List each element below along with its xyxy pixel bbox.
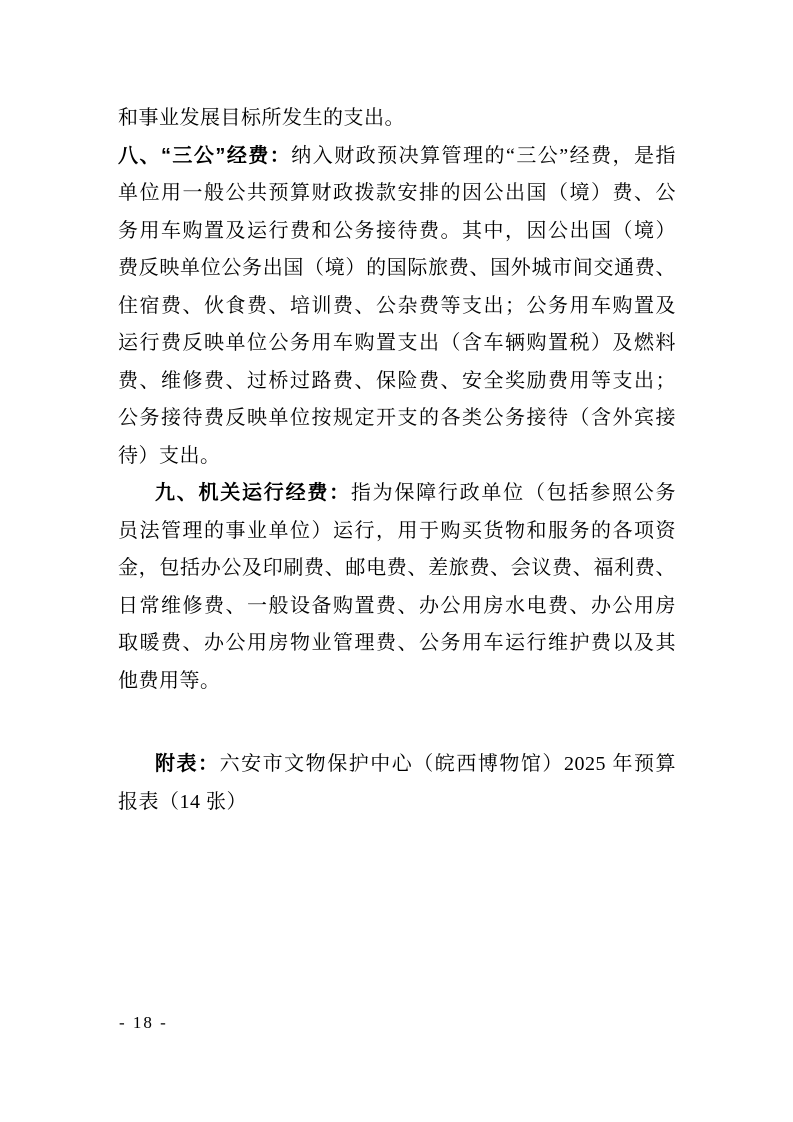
text-line: 八、“三公”经费：纳入财政预决算管理的“三公”经费，是指 [118,138,676,176]
text-line: 和事业发展目标所发生的支出。 [118,100,676,138]
text-line: 日常维修费、一般设备购置费、办公用房水电费、办公用房 [118,588,676,626]
para-fubiao-attachment: 附表：六安市文物保护中心（皖西博物馆）2025 年预算报表（14 张） [118,746,676,821]
text-line: 公务接待费反映单位按规定开支的各类公务接待（含外宾接 [118,400,676,438]
text-line: 金，包括办公及印刷费、邮电费、差旅费、会议费、福利费、 [118,550,676,588]
text-line: 报表（14 张） [118,784,676,822]
text-line: 员法管理的事业单位）运行，用于购买货物和服务的各项资 [118,513,676,551]
text-line: 单位用一般公共预算财政拨款安排的因公出国（境）费、公 [118,175,676,213]
document-page: 和事业发展目标所发生的支出。八、“三公”经费：纳入财政预决算管理的“三公”经费，… [0,0,793,1122]
text-line: 附表：六安市文物保护中心（皖西博物馆）2025 年预算 [118,746,676,784]
text-line: 务用车购置及运行费和公务接待费。其中，因公出国（境） [118,213,676,251]
text-line: 九、机关运行经费：指为保障行政单位（包括参照公务 [118,475,676,513]
text-line: 取暖费、办公用房物业管理费、公务用车运行维护费以及其 [118,625,676,663]
text-line: 费、维修费、过桥过路费、保险费、安全奖励费用等支出； [118,363,676,401]
text-line: 费反映单位公务出国（境）的国际旅费、国外城市间交通费、 [118,250,676,288]
page-number: - 18 - [119,1013,168,1033]
para-9-jiguan-yunxing-jingfei: 九、机关运行经费：指为保障行政单位（包括参照公务员法管理的事业单位）运行，用于购… [118,475,676,700]
paragraph-heading: 九、机关运行经费： [155,482,351,504]
text-line: 待）支出。 [118,438,676,476]
text-line: 运行费反映单位公务用车购置支出（含车辆购置税）及燃料 [118,325,676,363]
text-line: 住宿费、伙食费、培训费、公杂费等支出；公务用车购置及 [118,288,676,326]
paragraph-heading: 八、“三公”经费： [118,145,291,167]
text-line: 他费用等。 [118,663,676,701]
para-8-sangong-jingfei: 八、“三公”经费：纳入财政预决算管理的“三公”经费，是指单位用一般公共预算财政拨… [118,138,676,476]
document-body: 和事业发展目标所发生的支出。八、“三公”经费：纳入财政预决算管理的“三公”经费，… [118,100,676,821]
paragraph-heading: 附表： [155,753,220,775]
para-continuation: 和事业发展目标所发生的支出。 [118,100,676,138]
